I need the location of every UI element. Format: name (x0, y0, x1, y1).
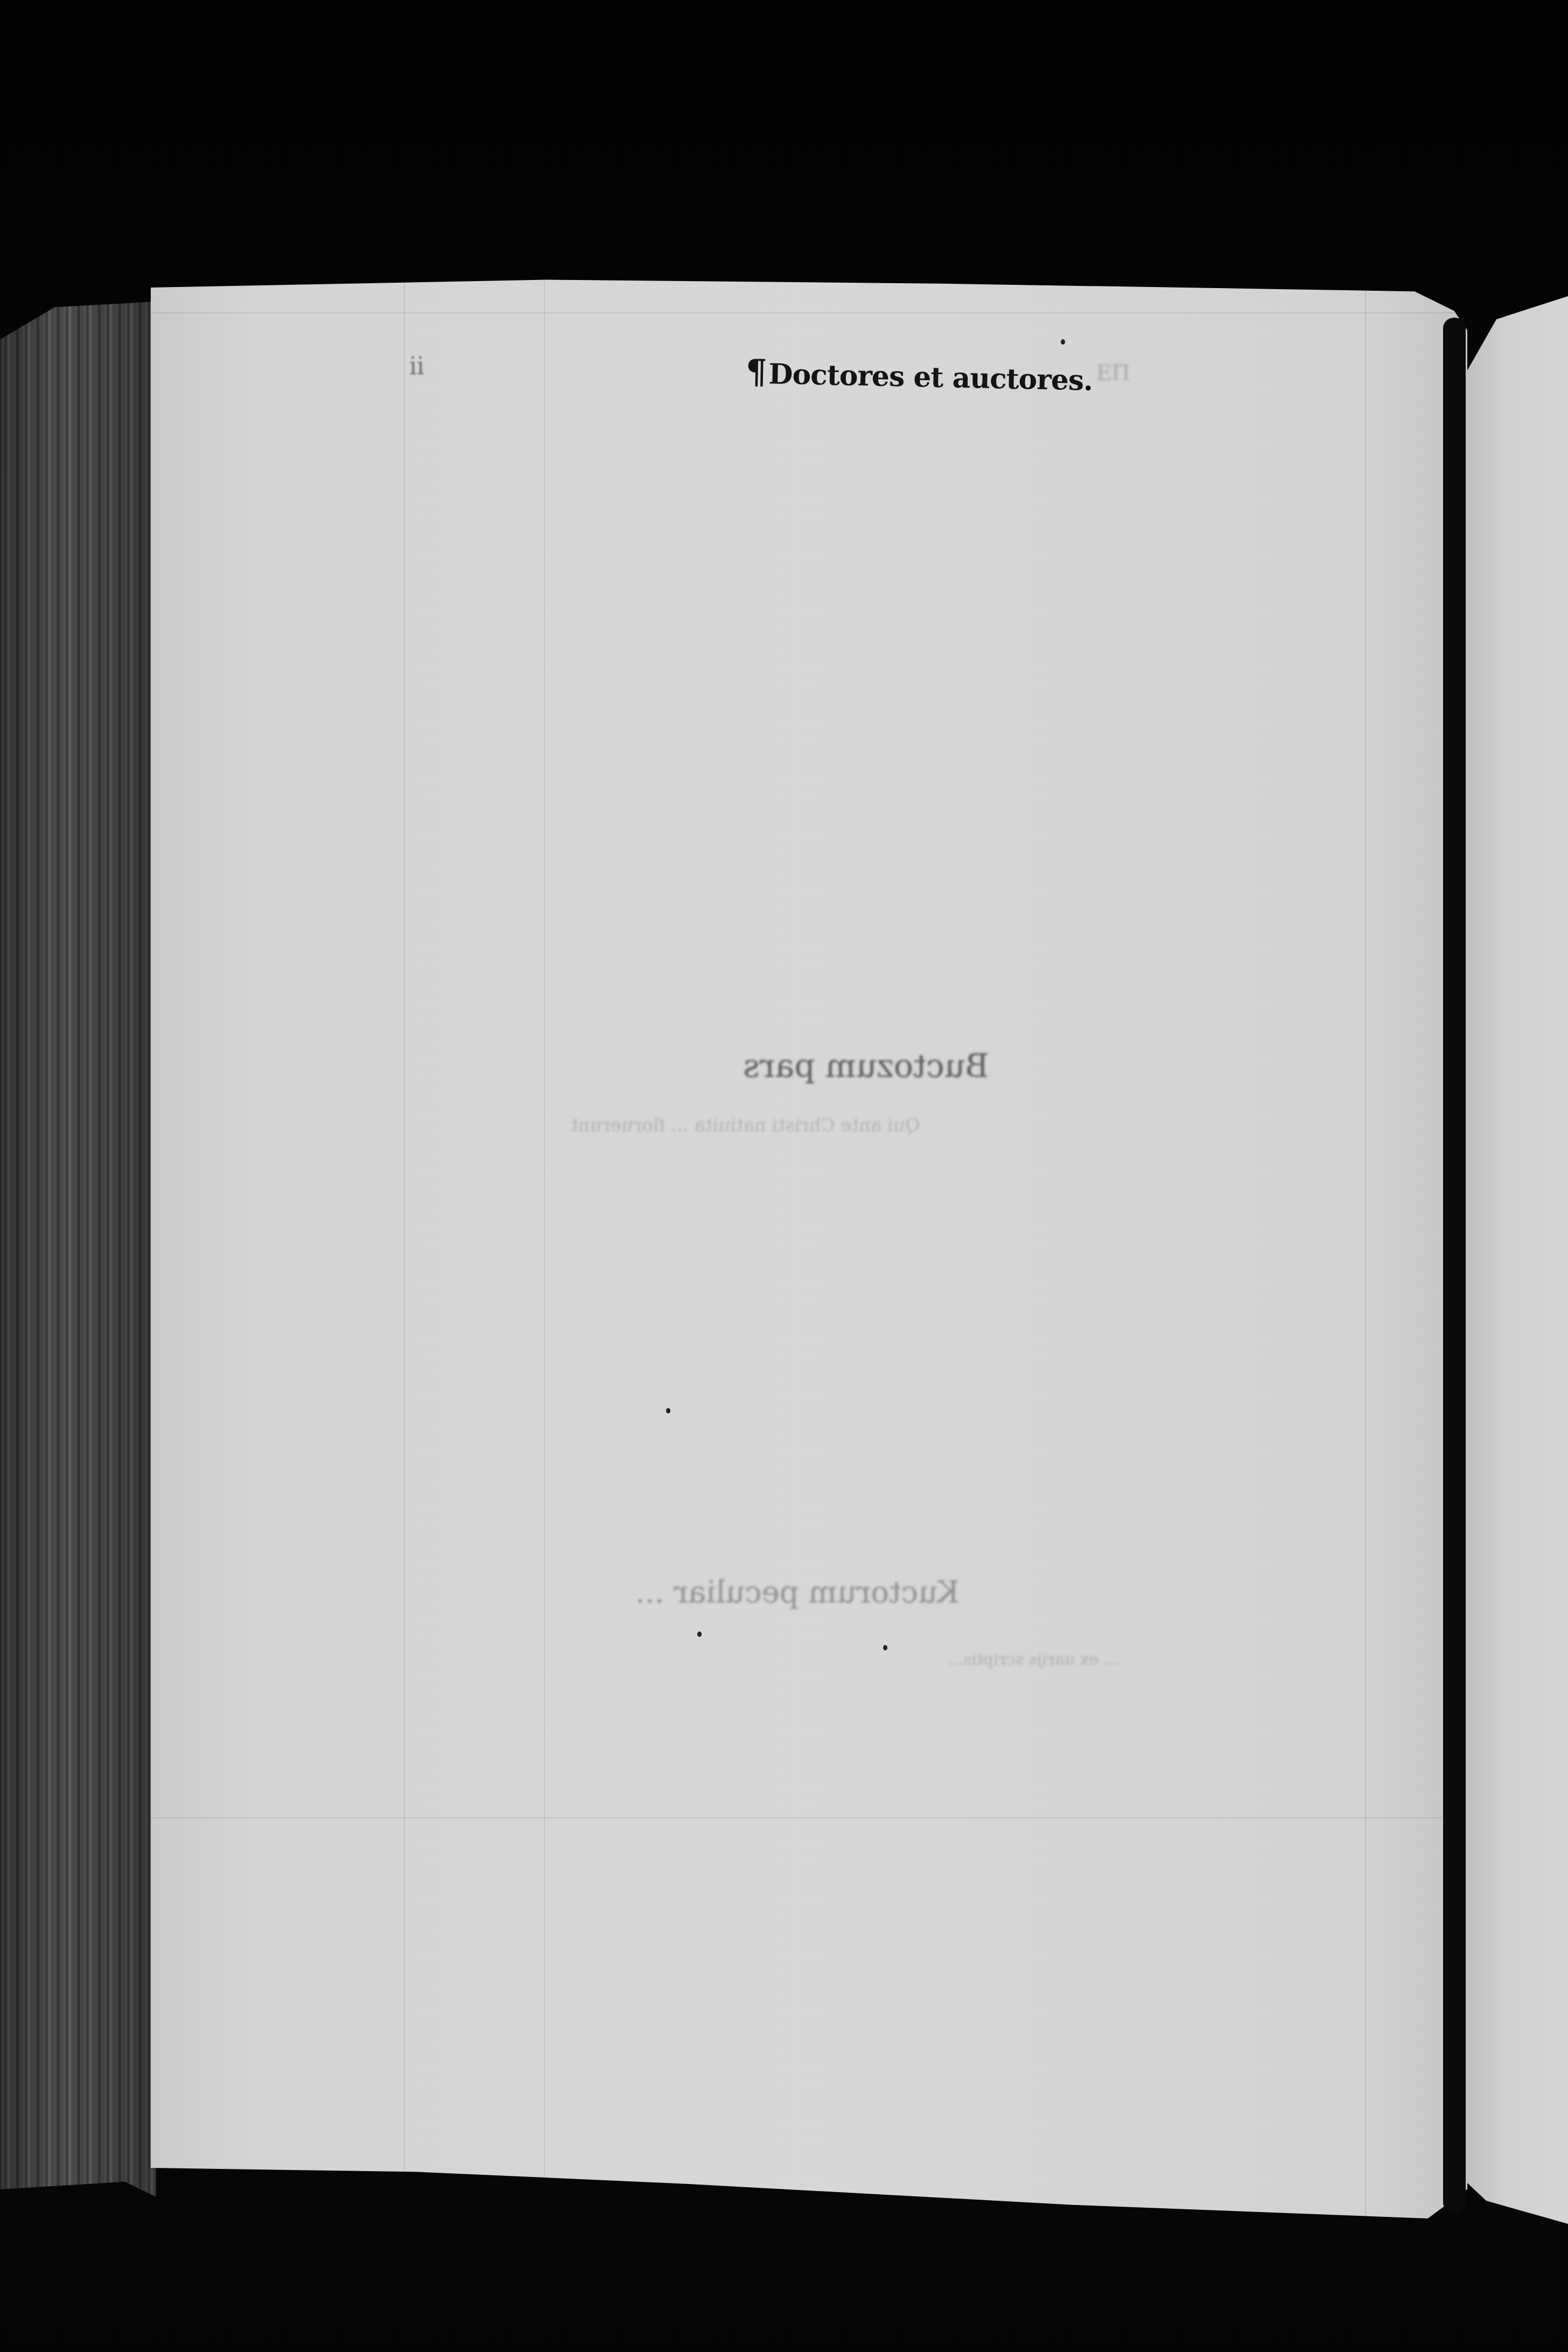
running-header: ¶Doctores et auctores. (745, 352, 1093, 398)
bleed-through-heading: Kuctorum peculiar ... (635, 1575, 960, 1610)
bleed-through-folio: ПƎ (1096, 361, 1130, 386)
ink-speck (697, 1632, 702, 1637)
ink-speck (666, 1408, 670, 1413)
bleed-through-heading: Buctozum pars (743, 1047, 989, 1085)
ruling-line (1365, 272, 1366, 2218)
page-edge-stack (0, 302, 156, 2197)
ruling-line (151, 312, 1467, 313)
bleed-through-line: Qui ante Christi natiuita ... floruerunt (571, 1115, 920, 1136)
folio-number: ii (409, 353, 424, 380)
ink-speck (883, 1645, 887, 1650)
recto-page-edge (1466, 296, 1568, 2224)
paragraph-mark-icon: ¶ (745, 352, 767, 391)
ruling-line (404, 272, 405, 2218)
ink-speck (1061, 339, 1065, 345)
bleed-through-line: ... ex uarijs scriptis... (948, 1650, 1119, 1669)
ruling-line (151, 1817, 1467, 1818)
ruling-line (544, 272, 545, 2218)
verso-page: ii ¶Doctores et auctores. ПƎ Buctozum pa… (151, 272, 1467, 2218)
running-header-text: Doctores et auctores. (768, 358, 1093, 397)
book-gutter (1443, 318, 1466, 2213)
